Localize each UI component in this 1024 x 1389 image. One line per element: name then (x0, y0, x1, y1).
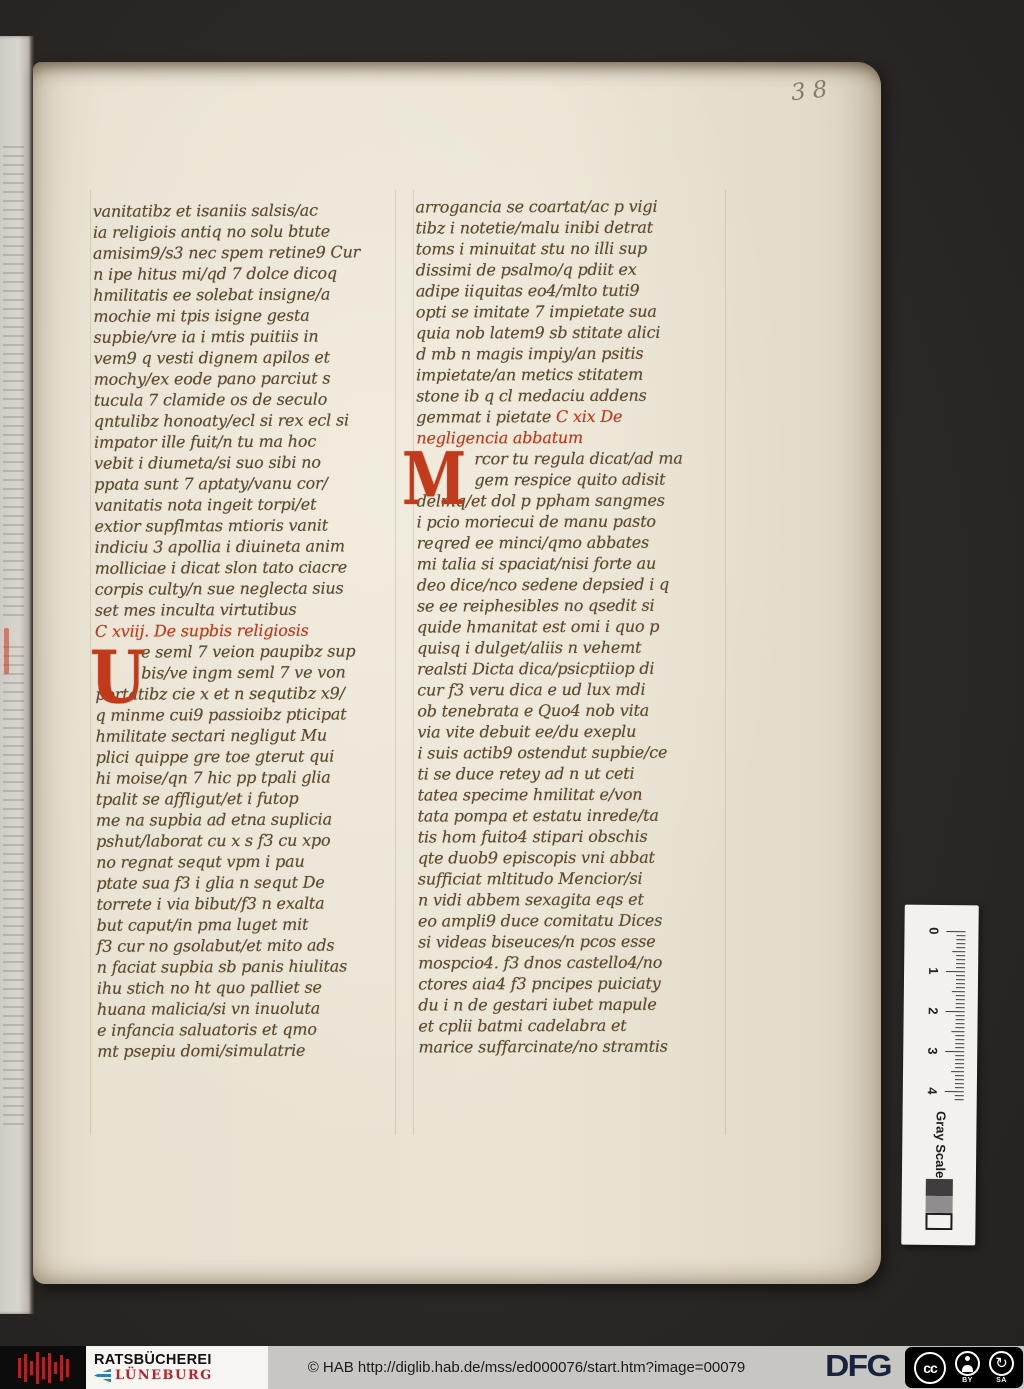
manuscript-line: tpalit se affligut/et i futop (96, 787, 398, 810)
dfg-logo: DFG (825, 1348, 891, 1384)
ruler-tick (955, 1099, 964, 1100)
manuscript-line: ctores aia4 f3 pncipes puiciaty (418, 972, 720, 994)
ruler-number: 4 (925, 1085, 940, 1097)
ruler-tick (956, 955, 965, 956)
manuscript-line: qte duob9 episcopis vni abbat (418, 846, 720, 868)
manuscript-line: impietate/an metics stitatem (416, 363, 718, 385)
manuscript-line: deo dice/nco sedene depsied i q (417, 573, 719, 595)
ruler-tick (955, 1067, 964, 1068)
manuscript-line: vanitatis nota ingeit torpi/et (94, 493, 396, 516)
gray-scale-swatches (925, 1179, 953, 1230)
manuscript-line: ob tenebrata e Quo4 nob vita (417, 699, 719, 721)
manuscript-line: tucula 7 clamide os de seculo (94, 388, 396, 411)
manuscript-line: amisim9/s3 nec spem retine9 Cur (93, 241, 395, 264)
footer-bar: RATSBÜCHEREI LÜNEBURG © HAB http://digli… (0, 1346, 1024, 1389)
manuscript-line: torrete i via bibut/f3 n exalta (96, 892, 398, 915)
ruler-tick (955, 1035, 964, 1036)
ruler-tick (956, 975, 965, 976)
ruler-tick (955, 1059, 964, 1060)
ruler-tick (956, 999, 965, 1000)
ruling-line (413, 190, 414, 1135)
ruler-tick (946, 971, 965, 972)
footer-middle: © HAB http://diglib.hab.de/mss/ed000076/… (268, 1346, 905, 1389)
ruler-tick (956, 959, 965, 960)
manuscript-line: but caput/in pma luget mit (96, 913, 398, 936)
ruler-tick (956, 987, 965, 988)
ruler-tick (955, 1083, 964, 1084)
ruler-number: 0 (926, 925, 941, 937)
showthrough-text (3, 146, 24, 616)
manuscript-line: tatea specime hmilitat e/von (418, 783, 720, 805)
cc-sa-arrow-icon: ↻ (989, 1351, 1014, 1376)
ruler-ticks: 01234 (920, 931, 966, 1107)
manuscript-line: n ipe hitus mi/qd 7 dolce dicoq (93, 262, 395, 285)
manuscript-line: mt psepiu domi/simulatrie (97, 1039, 399, 1062)
manuscript-line: dissimi de psalmo/q pdiit ex (416, 258, 718, 280)
manuscript-line: ppata sunt 7 aptaty/vanu cor/ (94, 472, 396, 495)
manuscript-line: no regnat sequt vpm i pau (96, 850, 398, 873)
digitized-manuscript-photo: 38 vanitatibz et isaniis salsis/acia rel… (0, 0, 1024, 1389)
manuscript-line: hi moise/qn 7 hic pp tpali glia (96, 766, 398, 789)
ruler-tick (945, 1051, 964, 1052)
text-column-left: vanitatibz et isaniis salsis/acia religi… (93, 199, 400, 1062)
gray-scale-strip: 01234 Gray Scale (901, 905, 979, 1246)
ruler-tick (956, 979, 965, 980)
ruler-tick (956, 935, 965, 936)
ruler-tick (955, 1055, 964, 1056)
drop-cap-initial-left: U (90, 643, 146, 715)
ruler-tick (956, 1019, 965, 1020)
manuscript-line: adipe iiquitas eo4/mlto tuti9 (416, 279, 718, 301)
manuscript-line: eo ampli9 duce comitatu Dices (418, 909, 720, 931)
ruler-tick (955, 1095, 964, 1096)
manuscript-line: sufficiat mltitudo Mencior/si (418, 867, 720, 889)
manuscript-line: vebit i diumeta/si suo sibi no (94, 451, 396, 474)
ruler-tick (952, 991, 965, 992)
manuscript-line: et cplii batmi cadelabra et (418, 1014, 720, 1036)
swatch-dark-gray (926, 1179, 953, 1196)
ruler-tick (956, 967, 965, 968)
ruler-tick (955, 1079, 964, 1080)
manuscript-line: mochie mi tpis isigne gesta (93, 304, 395, 327)
cc-icon: cc (914, 1352, 946, 1384)
library-city: LÜNEBURG (115, 1368, 213, 1384)
manuscript-line: ia religiois antiq no solu btute (93, 220, 395, 243)
manuscript-line: mochy/ex eode pano parciut s (94, 367, 396, 390)
manuscript-page: 38 vanitatibz et isaniis salsis/acia rel… (33, 62, 881, 1284)
manuscript-line: tibz i notetie/malu inibi detrat (416, 216, 718, 238)
ruler-tick (946, 931, 965, 932)
manuscript-line: stone ib q cl medaciu addens (416, 384, 718, 406)
ruler-tick (945, 1091, 964, 1092)
manuscript-line: pshut/laborat cu x s f3 cu xpo (96, 829, 398, 852)
manuscript-line: marice suffarcinate/no stramtis (418, 1035, 720, 1057)
folio-number: 38 (790, 76, 836, 106)
ruler-number: 1 (926, 965, 941, 977)
ruler-tick (955, 1075, 964, 1076)
library-name: RATSBÜCHEREI (94, 1352, 268, 1368)
manuscript-line: me na supbia ad etna suplicia (96, 808, 398, 831)
library-bars-icon (0, 1346, 86, 1389)
manuscript-line: vanitatibz et isaniis salsis/ac (93, 199, 395, 222)
ruler-tick (951, 1031, 964, 1032)
ruler-tick (956, 1007, 965, 1008)
cc-by-item: BY (955, 1351, 980, 1384)
ruler-tick (955, 1027, 964, 1028)
ruler-tick (955, 1039, 964, 1040)
manuscript-line: n vidi abbem sexagita eqs et (418, 888, 720, 910)
manuscript-line: qntulibz honoaty/ecl si rex ecl si (94, 409, 396, 432)
book-waves-icon (94, 1369, 111, 1383)
showthrough-text (3, 646, 24, 1126)
cc-license-badge: cc BY ↻ SA (905, 1347, 1023, 1388)
ruler-tick (956, 983, 965, 984)
ruler-tick (956, 939, 965, 940)
manuscript-line: toms i minuitat stu no illi sup (416, 237, 718, 259)
cc-sa-item: ↻ SA (989, 1351, 1014, 1384)
manuscript-line: hmilitatis ee solebat insigne/a (93, 283, 395, 306)
ruler-tick (956, 947, 965, 948)
manuscript-line: quia nob latem9 sb stitate alici (416, 321, 718, 343)
ruler-tick (956, 995, 965, 996)
manuscript-line: si videas biseuces/n pcos esse (418, 930, 720, 952)
copyright-text: © HAB http://diglib.hab.de/mss/ed000076/… (268, 1346, 785, 1389)
manuscript-line: ptate sua f3 i glia n sequt De (96, 871, 398, 894)
gray-scale-label: Gray Scale (933, 1111, 949, 1178)
manuscript-line: plici quippe gre toe gterut qui (96, 745, 398, 768)
manuscript-line: huana malicia/si vn inuoluta (97, 997, 399, 1020)
manuscript-line: corpis culty/n sue neglecta sius (95, 577, 397, 600)
manuscript-line: via vite debuit ee/du exeplu (417, 720, 719, 742)
manuscript-line: ti se duce retey ad n ut ceti (417, 762, 719, 784)
swatch-white (925, 1213, 952, 1230)
manuscript-line: hmilitate sectari negligut Mu (95, 724, 397, 747)
manuscript-line: d mb n magis impiy/an psitis (416, 342, 718, 364)
manuscript-line: reqred ee minci/qmo abbates (417, 531, 719, 553)
manuscript-line: vem9 q vesti dignem apilos et (94, 346, 396, 369)
text-column-right: arrogancia se coartat/ac p vigitibz i no… (415, 195, 720, 1057)
manuscript-line: du i n de gestari iubet mapule (418, 993, 720, 1015)
drop-cap-initial-right: M (402, 443, 466, 516)
ruler-tick (956, 1015, 965, 1016)
swatch-mid-gray (926, 1196, 953, 1213)
manuscript-line: n faciat supbia sb panis hiulitas (97, 955, 399, 978)
manuscript-line: arrogancia se coartat/ac p vigi (415, 195, 717, 217)
manuscript-line: se ee reiphesibles no qsedit si (417, 594, 719, 616)
manuscript-line: quisq i dulget/aliis n vehemt (417, 636, 719, 658)
manuscript-line: supbie/vre ia i mtis puitiis in (93, 325, 395, 348)
cc-sa-label: SA (996, 1377, 1007, 1384)
manuscript-line: f3 cur no gsolabut/et mito ads (97, 934, 399, 957)
ruler-tick (955, 1063, 964, 1064)
ruler-tick (956, 963, 965, 964)
manuscript-line: mi talia si spaciat/nisi forte au (417, 552, 719, 574)
manuscript-line: opti se imitate 7 impietate sua (416, 300, 718, 322)
ruler-tick (952, 951, 965, 952)
ruler-tick (956, 1003, 965, 1004)
ruler-number: 3 (925, 1045, 940, 1057)
ruler-tick (955, 1047, 964, 1048)
manuscript-line: set mes inculta virtutibus (95, 598, 397, 621)
manuscript-line: extior supflmtas mtioris vanit (94, 514, 396, 537)
cc-by-label: BY (962, 1377, 973, 1384)
ruler-tick (955, 1087, 964, 1088)
manuscript-line: i suis actib9 ostendut supbie/ce (417, 741, 719, 763)
ruling-line (725, 190, 726, 1135)
manuscript-line: tata pompa et estatu inrede/ta (418, 804, 720, 826)
manuscript-line: impator ille fuit/n tu ma hoc (94, 430, 396, 453)
ruler-tick (956, 943, 965, 944)
previous-page-edge (0, 36, 34, 1314)
manuscript-line: gemmat i pietate C xix De (416, 405, 718, 427)
ruler-tick (946, 1011, 965, 1012)
manuscript-line: indiciu 3 apollia i diuineta anim (95, 535, 397, 558)
library-logo: RATSBÜCHEREI LÜNEBURG (86, 1346, 268, 1389)
manuscript-line: mospcio4. f3 dnos castello4/no (418, 951, 720, 973)
ruler-tick (956, 1023, 965, 1024)
manuscript-line: quide hmanitat est omi i quo p (417, 615, 719, 637)
cc-by-person-icon (955, 1351, 980, 1376)
manuscript-line: realsti Dicta dica/psicptiiop di (417, 657, 719, 679)
manuscript-line: molliciae i dicat slon tato ciacre (95, 556, 397, 579)
manuscript-line: cur f3 veru dica e ud lux mdi (417, 678, 719, 700)
ruler-tick (951, 1071, 964, 1072)
ruler-number: 2 (926, 1005, 941, 1017)
manuscript-line: e infancia saluatoris et qmo (97, 1018, 399, 1041)
gray-scale-card: 01234 Gray Scale (901, 905, 979, 1246)
showthrough-red-initial (4, 628, 9, 674)
manuscript-line: tis hom fuito4 stipari obschis (418, 825, 720, 847)
ruler-tick (955, 1043, 964, 1044)
manuscript-line: ihu stich no ht quo palliet se (97, 976, 399, 999)
